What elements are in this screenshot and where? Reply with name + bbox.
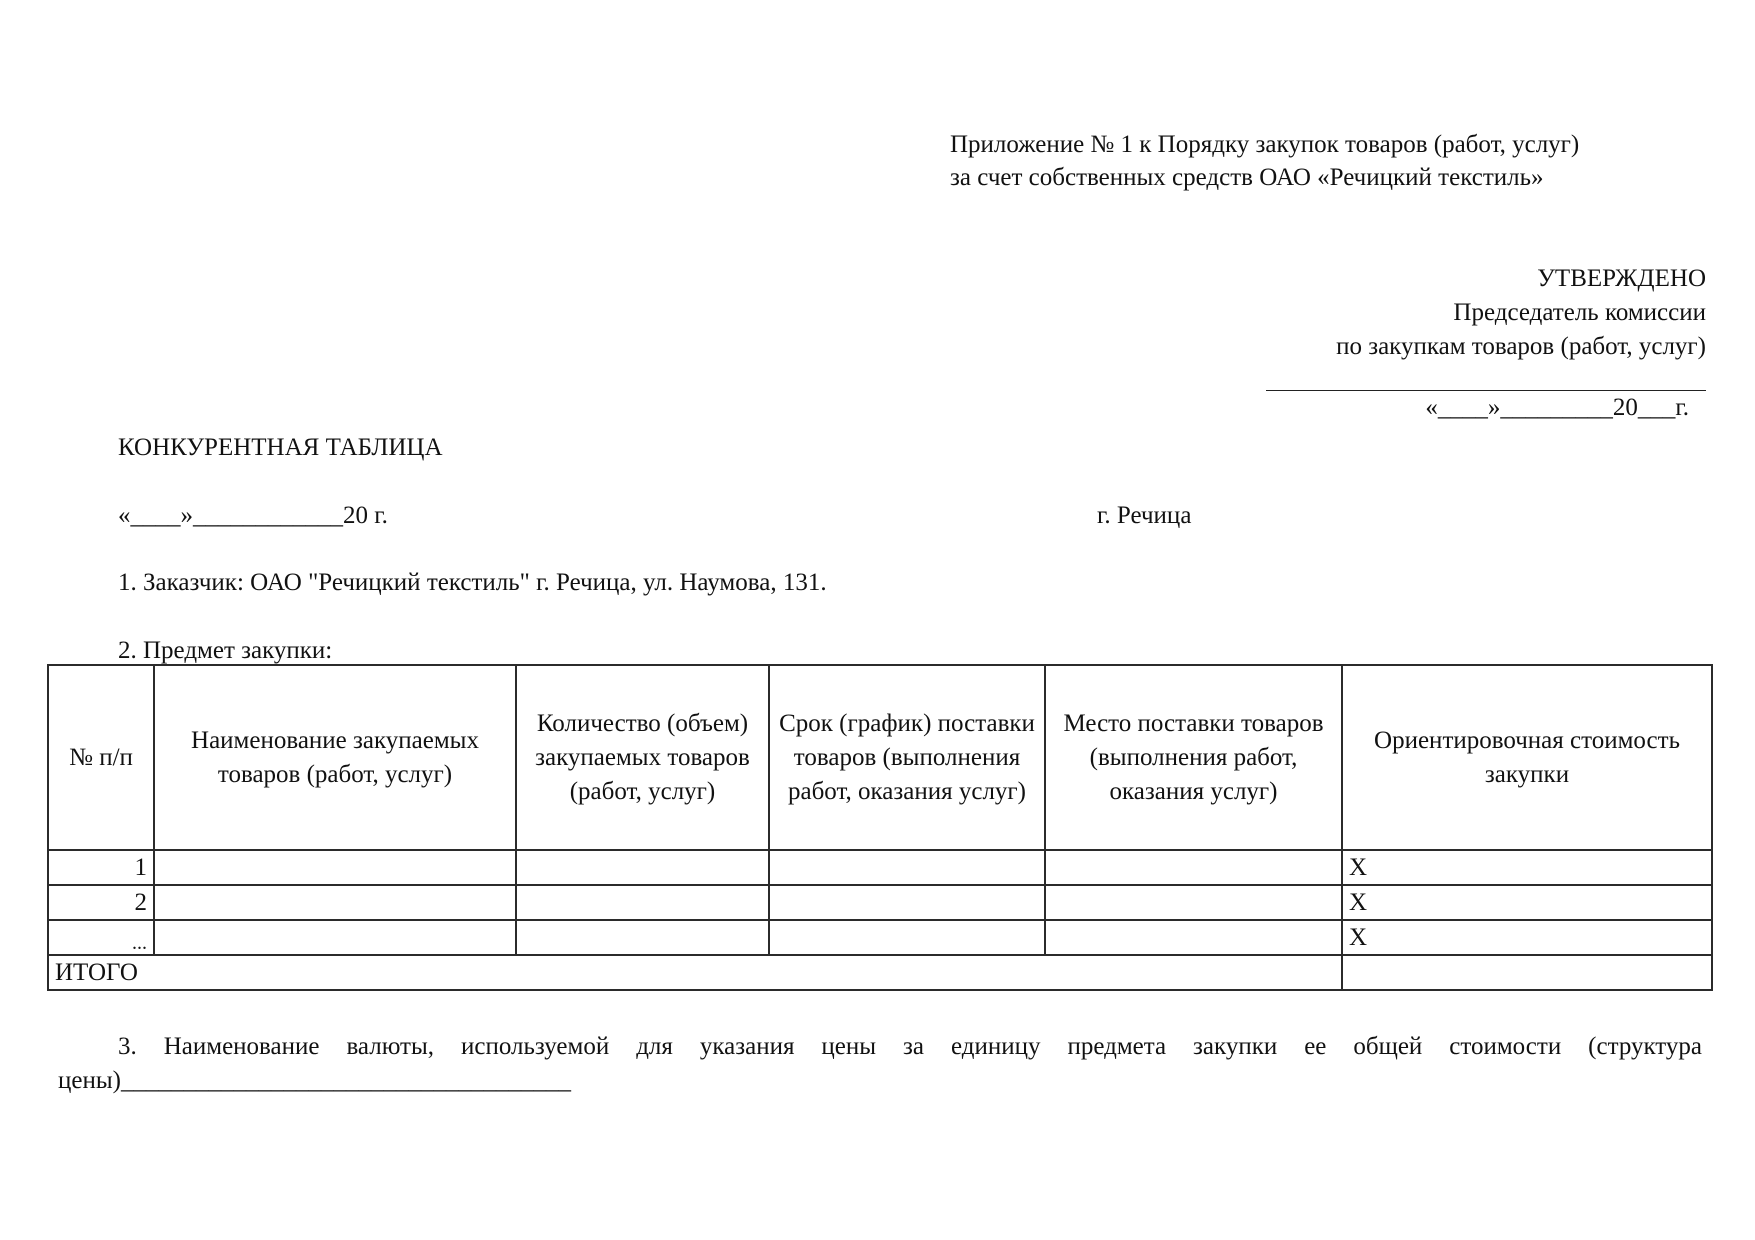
page-title: КОНКУРЕНТНАЯ ТАБЛИЦА <box>118 431 443 465</box>
cell-place[interactable] <box>1045 885 1342 920</box>
total-value[interactable] <box>1342 955 1712 990</box>
cell-term[interactable] <box>769 885 1045 920</box>
cell-quantity[interactable] <box>516 885 769 920</box>
row-number: ... <box>48 920 154 955</box>
header-quantity: Количество (объем) закупаемых товаров (р… <box>516 665 769 850</box>
row-number: 1 <box>48 850 154 885</box>
subject-clause: 2. Предмет закупки: <box>118 634 332 668</box>
approver-position-line-1: Председатель комиссии <box>1266 296 1706 330</box>
signature-line[interactable] <box>1266 364 1706 391</box>
customer-clause: 1. Заказчик: ОАО "Речицкий текстиль" г. … <box>118 566 827 600</box>
table-row: 1 X <box>48 850 1712 885</box>
document-city: г. Речица <box>1097 499 1191 533</box>
table-row: ... X <box>48 920 1712 955</box>
header-cost: Ориентировочная стоимость закупки <box>1342 665 1712 850</box>
table-header-row: № п/п Наименование закупаемых товаров (р… <box>48 665 1712 850</box>
table-row: 2 X <box>48 885 1712 920</box>
approver-position-line-2: по закупкам товаров (работ, услуг) <box>1266 330 1706 364</box>
cell-quantity[interactable] <box>516 920 769 955</box>
cell-name[interactable] <box>154 850 516 885</box>
currency-clause: 3. Наименование валюты, используемой для… <box>58 1030 1702 1098</box>
appendix-reference: Приложение № 1 к Порядку закупок товаров… <box>950 128 1579 194</box>
table-total-row: ИТОГО <box>48 955 1712 990</box>
cell-cost: X <box>1342 920 1712 955</box>
cell-term[interactable] <box>769 850 1045 885</box>
approval-block: УТВЕРЖДЕНО Председатель комиссии по заку… <box>1266 262 1706 425</box>
header-place: Место поставки товаров (выполнения работ… <box>1045 665 1342 850</box>
cell-name[interactable] <box>154 885 516 920</box>
header-term: Срок (график) поставки товаров (выполнен… <box>769 665 1045 850</box>
header-name: Наименование закупаемых товаров (работ, … <box>154 665 516 850</box>
cell-term[interactable] <box>769 920 1045 955</box>
appendix-line-2: за счет собственных средств ОАО «Речицки… <box>950 161 1579 194</box>
cell-place[interactable] <box>1045 920 1342 955</box>
appendix-line-1: Приложение № 1 к Порядку закупок товаров… <box>950 128 1579 161</box>
total-label: ИТОГО <box>48 955 1342 990</box>
cell-place[interactable] <box>1045 850 1342 885</box>
document-date[interactable]: «____»____________20 г. <box>118 499 388 533</box>
cell-cost: X <box>1342 885 1712 920</box>
approval-stamp: УТВЕРЖДЕНО <box>1266 262 1706 296</box>
cell-quantity[interactable] <box>516 850 769 885</box>
cell-cost: X <box>1342 850 1712 885</box>
competitive-table: № п/п Наименование закупаемых товаров (р… <box>47 664 1713 991</box>
header-number: № п/п <box>48 665 154 850</box>
row-number: 2 <box>48 885 154 920</box>
cell-name[interactable] <box>154 920 516 955</box>
approval-date[interactable]: «____»_________20___г. <box>1266 391 1706 425</box>
